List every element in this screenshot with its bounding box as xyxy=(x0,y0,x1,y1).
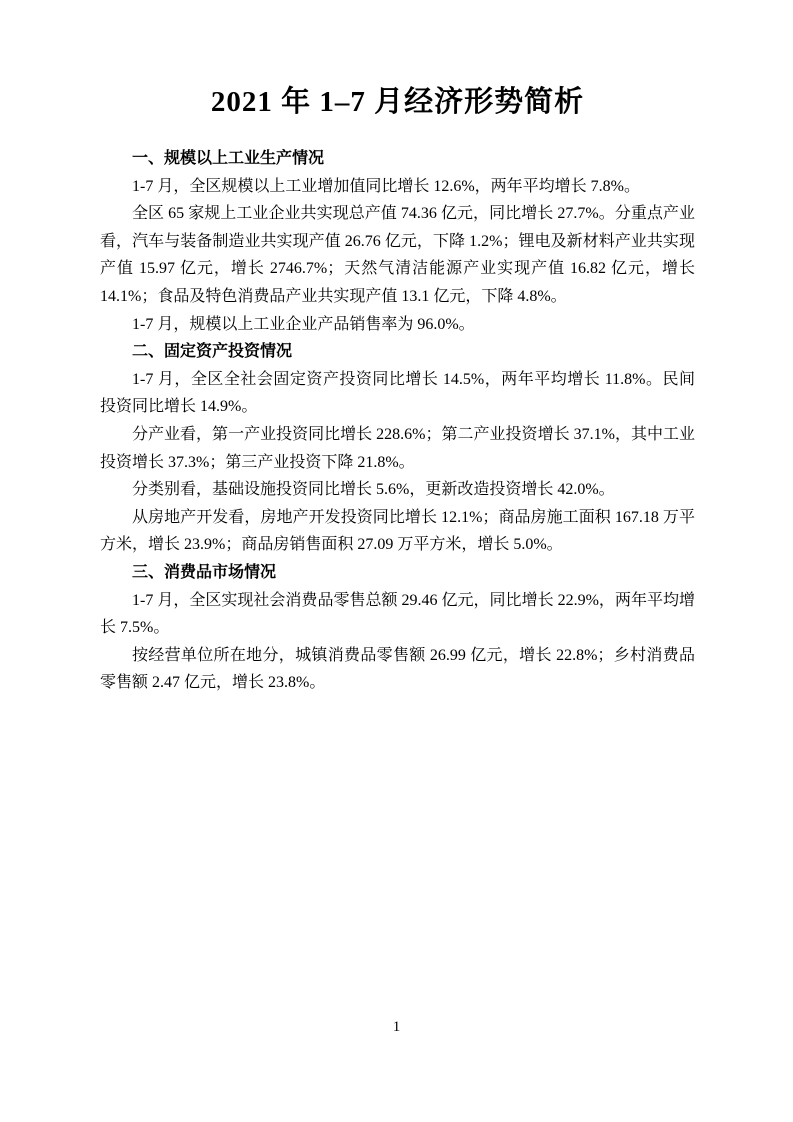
section-fixed-asset-investment: 二、固定资产投资情况 1-7 月，全区全社会固定资产投资同比增长 14.5%，两… xyxy=(100,338,695,559)
section-consumer-market: 三、消费品市场情况 1-7 月，全区实现社会消费品零售总额 29.46 亿元，同… xyxy=(100,559,695,697)
section-heading: 三、消费品市场情况 xyxy=(100,559,695,587)
document-title: 2021 年 1–7 月经济形势简析 xyxy=(100,80,695,124)
paragraph: 1-7 月，全区规模以上工业增加值同比增长 12.6%，两年平均增长 7.8%。 xyxy=(100,173,695,201)
paragraph: 1-7 月，全区实现社会消费品零售总额 29.46 亿元，同比增长 22.9%，… xyxy=(100,587,695,642)
paragraph: 1-7 月，规模以上工业企业产品销售率为 96.0%。 xyxy=(100,311,695,339)
paragraph: 按经营单位所在地分，城镇消费品零售额 26.99 亿元，增长 22.8%；乡村消… xyxy=(100,642,695,697)
page-number: 1 xyxy=(0,1020,793,1035)
section-industry-production: 一、规模以上工业生产情况 1-7 月，全区规模以上工业增加值同比增长 12.6%… xyxy=(100,145,695,338)
section-heading: 二、固定资产投资情况 xyxy=(100,338,695,366)
paragraph: 分产业看，第一产业投资同比增长 228.6%；第二产业投资增长 37.1%，其中… xyxy=(100,421,695,476)
document-page: 2021 年 1–7 月经济形势简析 一、规模以上工业生产情况 1-7 月，全区… xyxy=(0,0,793,1122)
paragraph: 从房地产开发看，房地产开发投资同比增长 12.1%；商品房施工面积 167.18… xyxy=(100,504,695,559)
paragraph: 分类别看，基础设施投资同比增长 5.6%，更新改造投资增长 42.0%。 xyxy=(100,476,695,504)
paragraph: 全区 65 家规上工业企业共实现总产值 74.36 亿元，同比增长 27.7%。… xyxy=(100,200,695,310)
section-heading: 一、规模以上工业生产情况 xyxy=(100,145,695,173)
document-body: 一、规模以上工业生产情况 1-7 月，全区规模以上工业增加值同比增长 12.6%… xyxy=(100,145,695,697)
paragraph: 1-7 月，全区全社会固定资产投资同比增长 14.5%，两年平均增长 11.8%… xyxy=(100,366,695,421)
